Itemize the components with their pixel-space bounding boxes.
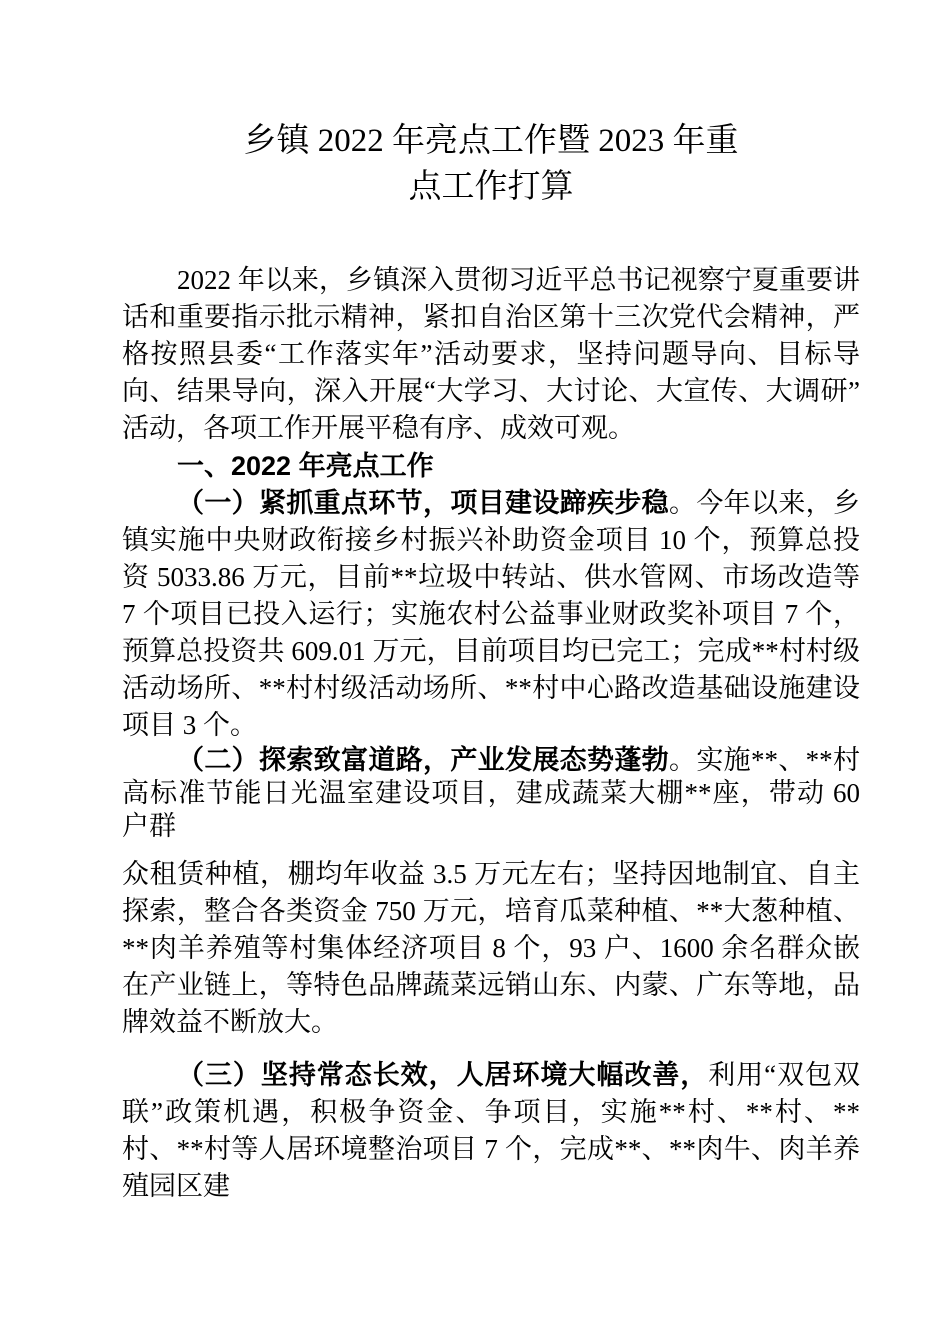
doc-title-line-1: 乡镇 2022 年亮点工作暨 2023 年重: [244, 123, 739, 159]
item3-lead: （三）坚持常态长效，人居环境大幅改善，: [177, 1060, 708, 1090]
section-heading-2022-highlights: 一、2022 年亮点工作: [122, 447, 860, 485]
doc-title: 乡镇 2022 年亮点工作暨 2023 年重 点工作打算: [122, 118, 860, 210]
item1-lead: （一）紧抓重点环节，项目建设蹄疾步稳: [177, 488, 669, 518]
intro-paragraph: 2022 年以来，乡镇深入贯彻习近平总书记视察宁夏重要讲话和重要指示批示精神，紧…: [122, 262, 860, 447]
item1-paragraph: （一）紧抓重点环节，项目建设蹄疾步稳。今年以来，乡镇实施中央财政衔接乡村振兴补助…: [122, 485, 860, 744]
doc-title-line-2: 点工作打算: [409, 169, 574, 205]
item1-text: 。今年以来，乡镇实施中央财政衔接乡村振兴补助资金项目 10 个，预算总投资 50…: [122, 488, 860, 740]
intro-text: 2022 年以来，乡镇深入贯彻习近平总书记视察宁夏重要讲话和重要指示批示精神，紧…: [122, 265, 860, 443]
document-page: 乡镇 2022 年亮点工作暨 2023 年重 点工作打算 2022 年以来，乡镇…: [0, 0, 950, 1344]
item3-paragraph: （三）坚持常态长效，人居环境大幅改善，利用“双包双联”政策机遇，积极争资金、争项…: [122, 1057, 860, 1205]
section-heading-text: 一、2022 年亮点工作: [177, 451, 434, 481]
item2-continuation-paragraph: 众租赁种植，棚均年收益 3.5 万元左右；坚持因地制宜、自主探索，整合各类资金 …: [122, 856, 860, 1041]
item2-paragraph: （二）探索致富道路，产业发展态势蓬勃。实施**、**村高标准节能日光温室建设项目…: [122, 744, 860, 843]
item2-lead: （二）探索致富道路，产业发展态势蓬勃: [177, 745, 669, 775]
item2-continuation-text: 众租赁种植，棚均年收益 3.5 万元左右；坚持因地制宜、自主探索，整合各类资金 …: [122, 859, 860, 1037]
